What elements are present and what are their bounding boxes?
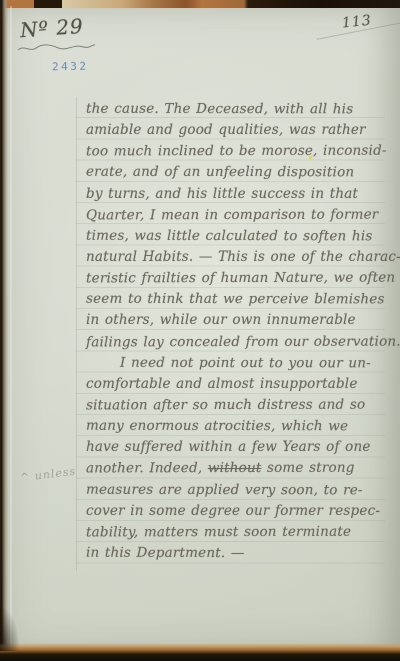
manuscript-page-scan: Nº 29 113 2432 ^ unless the cause. The D… bbox=[0, 0, 400, 661]
page-edge-highlight bbox=[10, 6, 12, 654]
manuscript-line: by turns, and his little success in that bbox=[86, 184, 386, 205]
manuscript-line: comfortable and almost insupportable bbox=[86, 374, 386, 395]
line-segment: some strong bbox=[261, 460, 354, 476]
archive-stamp-number: 2432 bbox=[52, 60, 89, 74]
bottom-binding-edge bbox=[0, 643, 400, 661]
manuscript-line: the cause. The Deceased, with all his bbox=[86, 99, 386, 121]
line-segment: another. Indeed, bbox=[86, 460, 208, 476]
manuscript-line: failings lay concealed from our observat… bbox=[86, 331, 386, 353]
manuscript-line: many enormous atrocities, which we bbox=[86, 416, 386, 438]
manuscript-line: times, was little calculated to soften h… bbox=[86, 226, 386, 248]
manuscript-line: have suffered within a few Years of one bbox=[86, 437, 386, 458]
manuscript-line: teristic frailties of human Nature, we o… bbox=[86, 268, 386, 290]
top-binding-edge bbox=[0, 0, 400, 8]
manuscript-line: too much inclined to be morose, inconsid… bbox=[86, 141, 386, 163]
manuscript-line: natural Habits. — This is one of the cha… bbox=[86, 247, 386, 268]
page-number-label: Nº 29 bbox=[19, 14, 84, 42]
manuscript-line: measures are applied very soon, to re- bbox=[86, 479, 386, 501]
bottom-left-corner-shadow bbox=[0, 605, 20, 651]
margin-note-pencil: ^ unless bbox=[19, 465, 76, 485]
manuscript-line: erate, and of an unfeeling disposition bbox=[86, 162, 386, 184]
manuscript-line: in this Department. — bbox=[86, 543, 386, 565]
manuscript-line-with-strikethrough: another. Indeed, without some strong bbox=[86, 458, 386, 480]
manuscript-line: tability, matters must soon terminate bbox=[86, 521, 386, 543]
manuscript-text: the cause. The Deceased, with all his am… bbox=[86, 99, 386, 564]
manuscript-line: amiable and good qualities, was rather bbox=[86, 120, 386, 141]
manuscript-line: seem to think that we perceive blemishes bbox=[86, 289, 386, 311]
manuscript-line: I need not point out to you our un- bbox=[86, 352, 386, 374]
struck-word: without bbox=[208, 460, 262, 476]
left-binding-edge bbox=[0, 0, 8, 661]
highlight-dot bbox=[309, 156, 312, 159]
manuscript-line: cover in some degree our former respec- bbox=[86, 501, 386, 522]
flourish-underline-icon bbox=[16, 40, 96, 54]
folio-number: 113 bbox=[341, 12, 372, 31]
manuscript-line: in others, while our own innumerable bbox=[86, 310, 386, 331]
manuscript-line: Quarter, I mean in comparison to former bbox=[86, 204, 386, 226]
manuscript-line: situation after so much distress and so bbox=[86, 395, 386, 417]
